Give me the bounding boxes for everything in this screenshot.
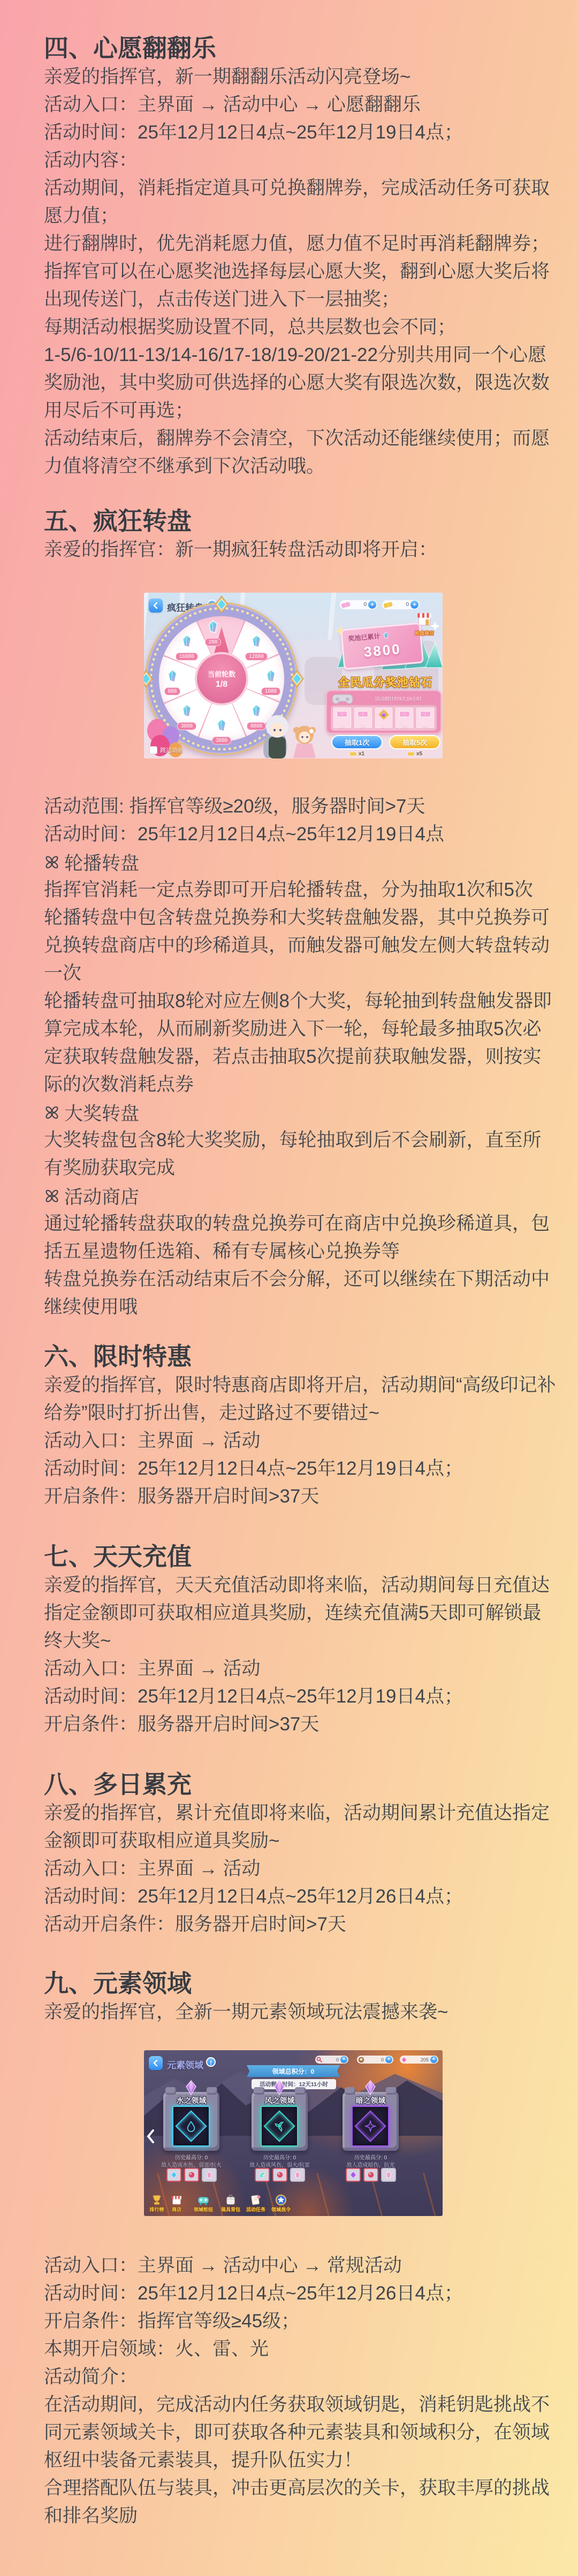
currency-yellow-ticket[interactable]: 0 + [382, 600, 420, 609]
skip-animation-label: 跳过动画 [160, 746, 184, 754]
dark-emblem [354, 2110, 386, 2142]
badge-icon [378, 709, 390, 720]
milestone-slots: 10 20 1 30 [331, 705, 437, 731]
paragraph: 活动内容： [44, 147, 558, 174]
bullet-label: 活动商店 [64, 1183, 139, 1209]
bullet-carousel-wheel: 轮播转盘 [44, 848, 558, 876]
section-title: 七、天天充值 [44, 1542, 558, 1571]
reward-slot [166, 2168, 181, 2182]
red-orb-icon [367, 2171, 375, 2179]
gem-icon [165, 669, 179, 683]
paragraph-condition: 开启条件：服务器开启时间>37天 [44, 1711, 558, 1738]
paragraph-entry: 活动入口：主界面 → 活动中心 → 心愿翻翻乐 [44, 91, 558, 119]
section-crazy-wheel: 五、疯狂转盘 亲爱的指挥官：新一期疯狂转盘活动即将开启： [44, 506, 558, 564]
crystal-icon [184, 2080, 198, 2095]
chibi-characters [251, 706, 326, 758]
paragraph: 活动结束后，翻牌券不会清空，下次活动还能继续使用；而愿力值将清空不继承到下次活动… [44, 425, 558, 480]
milestone-slot: 40 [415, 707, 435, 729]
gate-name: 水之领域 [163, 2095, 219, 2106]
shop-icon [171, 2194, 182, 2206]
reward-slot [363, 2168, 378, 2182]
wheel-prize: 888 [156, 669, 188, 695]
paragraph: 每期活动根据奖励设置不同，总共层数也会不同； [44, 313, 558, 341]
draw-once-button[interactable]: 抽取1次 [331, 735, 383, 749]
bullet-grand-wheel: 大奖转盘 [44, 1099, 558, 1126]
gate-portal [172, 2106, 210, 2146]
battle-pass-badge-icon [275, 2194, 287, 2206]
section-crazy-wheel-body: 活动范围: 指挥官等级≥20级，服务器时间>7天 活动时间：25年12月12日4… [44, 793, 558, 1321]
draw-once-cost: x1 [331, 751, 383, 757]
purple-gem-icon [349, 2171, 357, 2179]
paragraph: 亲爱的指挥官，新一期翻翻乐活动闪亮登场~ [44, 63, 558, 91]
crystal-icon [272, 2080, 286, 2095]
paragraph: 转盘兑换券在活动结束后不会分解，还可以继续在下期活动中继续使用哦 [44, 1266, 558, 1321]
back-button[interactable] [149, 2056, 163, 2070]
reward-slot [290, 2168, 305, 2182]
gem-icon [264, 669, 278, 683]
gate-name: 风之领域 [252, 2095, 308, 2106]
paragraph-time: 活动时间：25年12月12日4点~25年12月19日4点； [44, 1683, 558, 1711]
currency-value: 0 [364, 2057, 384, 2063]
pink-ticket-icon [399, 710, 410, 718]
pink-gem-icon [401, 2057, 407, 2063]
diamond-ornament-icon [212, 595, 231, 614]
pink-ticket-icon [336, 710, 348, 718]
chevron-left-icon [153, 2060, 159, 2066]
gate-portal [352, 2106, 389, 2146]
total-score-banner: 领域总积分：0 [247, 2065, 340, 2077]
section-element-domain: 九、元素领域 亲爱的指挥官，全新一期元素领域玩法震撼来袭~ [44, 1968, 558, 2026]
milestone-slot: 10 [332, 707, 352, 729]
gate-reward-slots [163, 2168, 219, 2182]
plus-icon[interactable]: + [368, 601, 376, 609]
paragraph-entry: 活动入口：主界面 → 活动中心 → 常规活动 [44, 2252, 558, 2280]
avatar-icon [358, 2057, 364, 2063]
currency-value: 0 [393, 602, 409, 608]
bullet-label: 大奖转盘 [64, 1099, 139, 1126]
four-point-star-icon [364, 2120, 376, 2132]
reward-slot [255, 2168, 270, 2182]
red-orb-icon [276, 2171, 284, 2179]
gem-icon [215, 718, 229, 732]
element-domain-screenshot: 元素领域 ! 0 + 0 + 205 + 领域总积分：0 活动剩余时间：12天1… [144, 2050, 443, 2216]
wheel-prize: 1888 [255, 669, 287, 695]
paragraph-time: 活动时间：25年12月12日4点~25年12月26日4点； [44, 1883, 558, 1911]
plus-icon[interactable]: + [410, 601, 419, 609]
reward-slot [184, 2168, 199, 2182]
gate-dark[interactable]: 暗之领域 历史最高分: 0 敌人造成暗伤，抗光 [343, 2081, 399, 2188]
wheel-center: 当前轮数 1/8 [195, 652, 248, 706]
paragraph: 轮播转盘中包含转盘兑换券和大奖转盘触发器，其中兑换券可兑换转盘商店中的珍稀道具，… [44, 904, 558, 987]
milestone-slot: 30 [394, 707, 414, 729]
pinwheel-icon [273, 2120, 285, 2132]
paragraph-time: 活动时间：25年12月12日4点~25年12月19日4点； [44, 119, 558, 147]
section-title: 九、元素领域 [44, 1968, 558, 1998]
paragraph: 轮播转盘可抽取8轮对应左侧8个大奖，每轮抽到转盘触发器即算完成本轮，从而刷新奖励… [44, 987, 558, 1099]
reward-slot [272, 2168, 287, 2182]
paragraph: 亲爱的指挥官，累计充值即将来临，活动期间累计充值达指定金额即可获取相应道具奖励~ [44, 1799, 558, 1855]
section-title: 八、多日累充 [44, 1769, 558, 1799]
trophy-icon [151, 2194, 163, 2206]
paragraph-domains: 本期开启领域：火、雷、光 [44, 2335, 558, 2363]
paragraph: 亲爱的指挥官，全新一期元素领域玩法震撼来袭~ [44, 1998, 558, 2026]
currency-token[interactable]: 0 + [357, 2056, 393, 2064]
bullet-event-shop: 活动商店 [44, 1182, 558, 1210]
paragraph: 亲爱的指挥官，天天充值活动即将来临，活动期间每日充值达指定金额即可获取相应道具奖… [44, 1571, 558, 1655]
gate-best-score: 历史最高分: 0 [332, 2153, 409, 2161]
paragraph-condition: 开启条件：服务器开启时间>37天 [44, 1483, 558, 1511]
gem-icon [206, 620, 220, 634]
nav-domain-pass[interactable]: 领域战令 [268, 2193, 294, 2213]
announcement-page: 四、心愿翻翻乐 亲爱的指挥官，新一期翻翻乐活动闪亮登场~ 活动入口：主界面 → … [0, 0, 578, 2576]
flower-bullet-icon [44, 1105, 60, 1121]
wind-emblem [263, 2110, 295, 2142]
section-title: 六、限时特惠 [44, 1341, 558, 1371]
gate-water[interactable]: 水之领域 历史最高分: 0 敌人造成水伤，弱雷/抗火 [163, 2081, 219, 2188]
paragraph-condition: 活动开启条件：服务器开启时间>7天 [44, 1911, 558, 1938]
paragraph-time: 活动时间：25年12月12日4点~25年12月26日4点； [44, 2280, 558, 2307]
section-title: 四、心愿翻翻乐 [44, 33, 558, 63]
milestone-slot: 20 [353, 707, 373, 729]
pink-crystal-icon [385, 2171, 392, 2179]
share-pool-banner: 全民瓜分奖池钻石 [328, 674, 443, 690]
pink-ticket-icon [420, 710, 431, 718]
shop-icon [415, 611, 433, 627]
wheel-prize: 3888 [206, 718, 238, 745]
reward-slot [346, 2168, 361, 2182]
paragraph: 活动期间，消耗指定道具可兑换翻牌券，完成活动任务可获取愿力值； [44, 174, 558, 230]
section-wish-flip: 四、心愿翻翻乐 亲爱的指挥官，新一期翻翻乐活动闪亮登场~ 活动入口：主界面 → … [44, 33, 558, 480]
pink-crystal-icon [206, 2171, 213, 2179]
crystal-icon [363, 2080, 377, 2095]
reward-slot [381, 2168, 396, 2182]
hub-machine-icon [197, 2194, 210, 2206]
gem-icon [180, 634, 194, 648]
wheel-prize: 12888 [240, 634, 272, 661]
blue-gem-icon [170, 2171, 178, 2179]
gate-element-info: 敌人造成水伤，弱雷/抗火 [153, 2160, 230, 2168]
paragraph-time: 活动时间：25年12月12日4点~25年12月19日4点 [44, 821, 558, 848]
section-title: 五、疯狂转盘 [44, 506, 558, 536]
gate-name: 暗之领域 [343, 2095, 399, 2106]
plus-icon[interactable]: + [430, 2056, 437, 2063]
backpack-icon [225, 2194, 236, 2206]
checkbox-icon[interactable] [149, 746, 157, 754]
paragraph: 大奖转盘包含8轮大奖奖励，每轮抽取到后不会刷新，直至所有奖励获取完成 [44, 1126, 558, 1182]
pink-crystal-icon [294, 2171, 301, 2179]
skip-animation-checkbox[interactable]: 跳过动画 [149, 746, 184, 754]
water-drop-icon [185, 2120, 197, 2132]
gate-best-score: 历史最高分: 0 [153, 2153, 230, 2161]
yellow-ticket-icon [383, 601, 393, 609]
currency-value: 0 [351, 602, 367, 608]
wheel-shop-button[interactable]: 转盘商店 [410, 611, 438, 637]
wheel-prize: 16888 [171, 634, 203, 661]
nav-domain-hub[interactable]: 领域枢纽 [191, 2193, 216, 2213]
crazy-wheel-screenshot: 疯狂转盘 ! 0 + 0 + 转盘商店 [144, 593, 443, 758]
section-element-domain-body: 活动入口：主界面 → 活动中心 → 常规活动 活动时间：25年12月12日4点~… [44, 2252, 558, 2530]
paragraph-condition: 开启条件：指挥官等级≥45级； [44, 2307, 558, 2335]
water-emblem [175, 2110, 207, 2142]
task-paper-icon [250, 2194, 262, 2206]
currency-value: 0 [323, 2057, 339, 2063]
paragraph: 亲爱的指挥官：新一期疯狂转盘活动即将开启： [44, 536, 558, 564]
page-left-arrow[interactable] [146, 2129, 155, 2143]
bullet-label: 轮播转盘 [64, 849, 139, 876]
pink-ticket-icon [357, 710, 369, 718]
gem-icon [249, 634, 263, 648]
currency-key[interactable]: 0 + [315, 2056, 348, 2064]
milestone-slot-badge: 1 [374, 707, 394, 729]
gate-reward-slots [343, 2168, 399, 2182]
flower-bullet-icon [44, 1188, 60, 1204]
draw-five-button[interactable]: 抽取5次 [389, 735, 440, 749]
paragraph: 亲爱的指挥官，限时特惠商店即将开启，活动期间“高级印记补给券”限时打折出售，走过… [44, 1371, 558, 1427]
gem-icon [180, 704, 194, 718]
paragraph-time: 活动时间：25年12月12日4点~25年12月19日4点； [44, 1455, 558, 1483]
screen-title: 元素领域 [167, 2058, 203, 2071]
gate-best-score: 历史最高分: 0 [241, 2153, 318, 2161]
current-round-label: 当前轮数 [208, 669, 235, 679]
shop-label: 转盘商店 [410, 630, 438, 637]
paragraph: 通过轮播转盘获取的转盘兑换券可在商店中兑换珍稀道具，包括五星遗物任选箱、稀有专属… [44, 1210, 558, 1266]
diamond-ornament-icon [287, 669, 307, 688]
currency-value: 205 [407, 2057, 429, 2063]
currency-gem[interactable]: 205 + [400, 2056, 438, 2064]
paragraph-scope: 活动范围: 指挥官等级≥20级，服务器时间>7天 [44, 793, 558, 821]
gate-reward-slots [252, 2168, 308, 2182]
countdown-label: 活动倒计时9天19小时 [358, 695, 438, 702]
nav-gear-bag[interactable]: 装具背包 [218, 2193, 244, 2213]
key-icon [316, 2057, 323, 2063]
paragraph-entry: 活动入口：主界面 → 活动 [44, 1855, 558, 1883]
paragraph: 进行翻牌时，优先消耗愿力值，愿力值不足时再消耗翻牌券； [44, 230, 558, 258]
controller-icon [331, 692, 354, 706]
paragraph: 指挥官消耗一定点券即可开启轮播转盘，分为抽取1次和5次 [44, 876, 558, 904]
paragraph: 指挥官可以在心愿奖池选择每层心愿大奖，翻到心愿大奖后将出现传送门，点击传送门进入… [44, 258, 558, 313]
flower-bullet-icon [44, 854, 60, 870]
gate-wind[interactable]: 风之领域 历史最高分: 0 敌人造成风伤，弱火/抗雷 [252, 2081, 308, 2188]
plus-icon[interactable]: + [340, 2056, 347, 2063]
gate-element-info: 敌人造成暗伤，抗光 [332, 2160, 409, 2168]
section-multi-day-recharge: 八、多日累充 亲爱的指挥官，累计充值即将来临，活动期间累计充值达指定金额即可获取… [44, 1769, 558, 1938]
paragraph-entry: 活动入口：主界面 → 活动 [44, 1427, 558, 1455]
draw-five-cost: x5 [389, 751, 440, 757]
green-wing-icon [258, 2171, 266, 2179]
plus-icon[interactable]: + [385, 2056, 392, 2063]
paragraph-entry: 活动入口：主界面 → 活动 [44, 1655, 558, 1683]
paragraph: 1-5/6-10/11-13/14-16/17-18/19-20/21-22分别… [44, 341, 558, 425]
paragraph-brief-label: 活动简介： [44, 2363, 558, 2391]
section-daily-recharge: 七、天天充值 亲爱的指挥官，天天充值活动即将来临，活动期间每日充值达指定金额即可… [44, 1542, 558, 1738]
ticket-icon [349, 752, 357, 756]
diamond-ornament-icon [144, 669, 156, 688]
gem-icon [382, 631, 390, 639]
gate-element-info: 敌人造成风伤，弱火/抗雷 [241, 2160, 318, 2168]
current-round-value: 1/8 [216, 680, 227, 689]
currency-pink-ticket[interactable]: 0 + [340, 600, 377, 609]
milestone-panel: 活动倒计时9天19小时 10 20 1 [326, 690, 442, 734]
nav-shop[interactable]: 商店 [164, 2193, 189, 2213]
info-icon[interactable]: ! [206, 2057, 216, 2067]
paragraph: 在活动期间，完成活动内任务获取领域钥匙，消耗钥匙挑战不同元素领域关卡，即可获取各… [44, 2391, 558, 2474]
pool-label: 奖池已累计 [348, 631, 381, 643]
section-limited-sale: 六、限时特惠 亲爱的指挥官，限时特惠商店即将开启，活动期间“高级印记补给券”限时… [44, 1341, 558, 1511]
nav-event-tasks[interactable]: 活动任务 [243, 2193, 269, 2213]
pink-ticket-icon [340, 601, 351, 609]
red-orb-icon [188, 2171, 195, 2179]
wheel-prize: 3888 [171, 704, 203, 730]
reward-slot [202, 2168, 217, 2182]
paragraph: 合理搭配队伍与装具，冲击更高层次的关卡，获取丰厚的挑战和排名奖励 [44, 2474, 558, 2530]
ticket-icon [407, 752, 415, 756]
gate-portal [261, 2106, 298, 2146]
